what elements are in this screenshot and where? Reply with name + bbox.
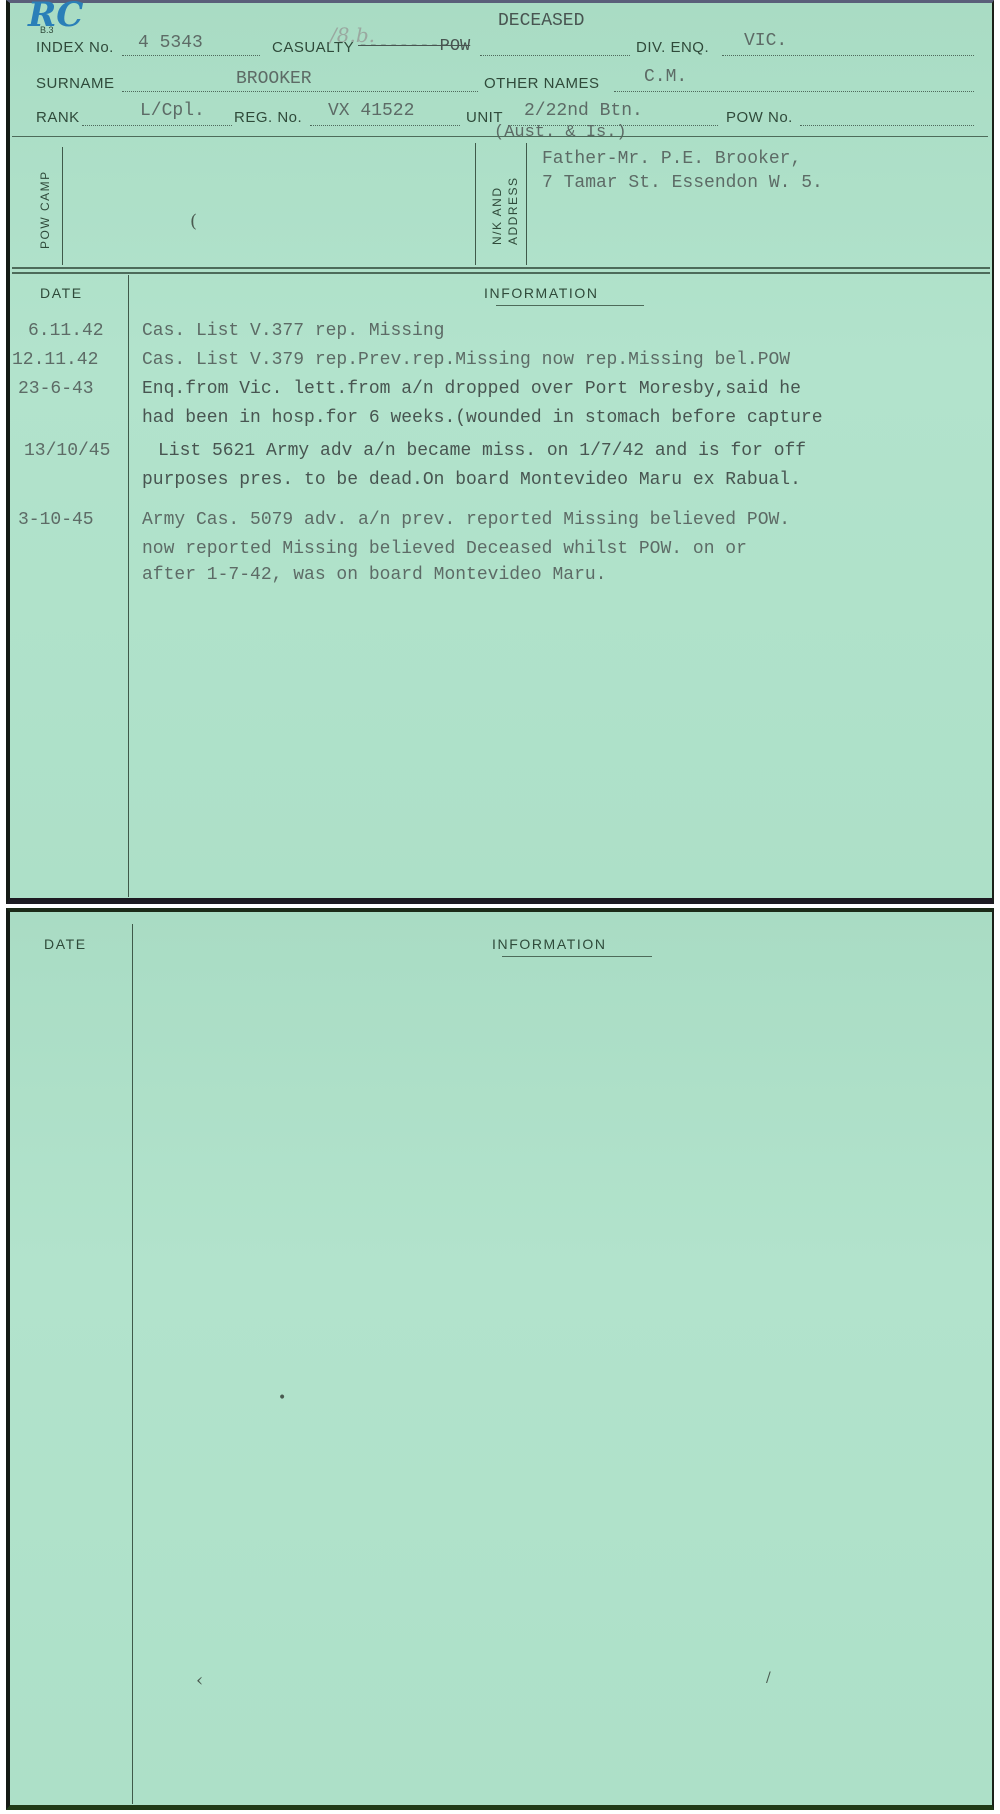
entry-text-line: had been in hosp.for 6 weeks.(wounded in… (142, 408, 823, 428)
handwritten-mark: RC (28, 0, 83, 35)
date-column-divider (128, 275, 129, 897)
surname-label: SURNAME (36, 75, 115, 92)
other-names-label: OTHER NAMES (484, 75, 600, 92)
date-column-header: DATE (44, 936, 87, 952)
entry-date: 6.11.42 (28, 321, 104, 341)
entry-text-line: Cas. List V.377 rep. Missing (142, 321, 444, 341)
speck: • (278, 1390, 286, 1406)
unit-value: 2/22nd Btn. (524, 101, 643, 121)
nk-address: Father-Mr. P.E. Brooker, 7 Tamar St. Ess… (542, 149, 823, 193)
surname-dots (122, 91, 478, 92)
pencil-tick: ‹ (196, 1670, 203, 1691)
pow-no-dots (800, 125, 974, 126)
entry-text-line: List 5621 Army adv a/n became miss. on 1… (158, 441, 806, 461)
nk-left-divider (475, 143, 476, 265)
record-card-back: DATE INFORMATION • ‹ / (6, 908, 994, 1810)
index-no-dots (122, 55, 260, 56)
section-double-line-bottom (12, 272, 990, 274)
entry-text-line: purposes pres. to be dead.On board Monte… (142, 470, 801, 490)
entry-text-line: Cas. List V.379 rep.Prev.rep.Missing now… (142, 350, 790, 370)
nk-right-divider (526, 143, 527, 265)
reg-no-dots (310, 125, 460, 126)
pow-camp-label: POW CAMP (38, 170, 52, 249)
div-enq-label: DIV. ENQ. (636, 39, 709, 56)
date-column-divider (132, 924, 133, 1804)
reg-no-value: VX 41522 (328, 101, 414, 121)
entry-text-line: now reported Missing believed Deceased w… (142, 539, 747, 559)
casualty-value: DECEASED (498, 11, 584, 31)
rank-value: L/Cpl. (140, 101, 205, 121)
information-underline (502, 956, 652, 957)
section-double-line-top (12, 267, 990, 269)
nk-label-line1: N/K AND (490, 186, 504, 245)
entry-date: 3-10-45 (18, 510, 94, 530)
index-no-label: INDEX No. (36, 39, 114, 56)
entry-text-line: Enq.from Vic. lett.from a/n dropped over… (142, 379, 801, 399)
div-enq-value: VIC. (744, 31, 787, 51)
unit-note: (Aust. & Is.) (494, 123, 627, 142)
surname-value: BROOKER (236, 69, 312, 89)
casualty-label: CASUALTY (272, 39, 354, 56)
header-divider (12, 136, 988, 137)
entry-date: 12.11.42 (12, 350, 98, 370)
form-code: B.3 (40, 25, 54, 35)
entry-text-line: after 1-7-42, was on board Montevideo Ma… (142, 565, 606, 585)
entry-date: 13/10/45 (24, 441, 110, 461)
information-column-header: INFORMATION (484, 285, 599, 301)
div-enq-dots (722, 55, 974, 56)
record-card-front: RC B.3 /8.b. INDEX No. 4 5343 CASUALTY -… (6, 0, 994, 904)
other-names-value: C.M. (644, 67, 687, 87)
pencil-tick: ( (190, 211, 197, 232)
date-column-header: DATE (40, 285, 83, 301)
entry-date: 23-6-43 (18, 379, 94, 399)
reg-no-label: REG. No. (234, 109, 302, 126)
pow-no-label: POW No. (726, 109, 793, 126)
speck: / (766, 1670, 771, 1686)
pow-camp-divider (62, 147, 63, 265)
nk-label-line2: ADDRESS (506, 176, 520, 245)
nk-address-line: 7 Tamar St. Essendon W. 5. (542, 173, 823, 193)
information-underline (496, 305, 644, 306)
information-column-header: INFORMATION (492, 936, 607, 952)
casualty-dots (480, 55, 630, 56)
nk-address-line: Father-Mr. P.E. Brooker, (542, 149, 823, 169)
casualty-struck-value: --------POW (358, 37, 470, 56)
rank-dots (82, 125, 232, 126)
entry-text-line: Army Cas. 5079 adv. a/n prev. reported M… (142, 510, 790, 530)
rank-label: RANK (36, 109, 80, 126)
index-no-value: 4 5343 (138, 33, 203, 53)
other-names-dots (614, 91, 974, 92)
